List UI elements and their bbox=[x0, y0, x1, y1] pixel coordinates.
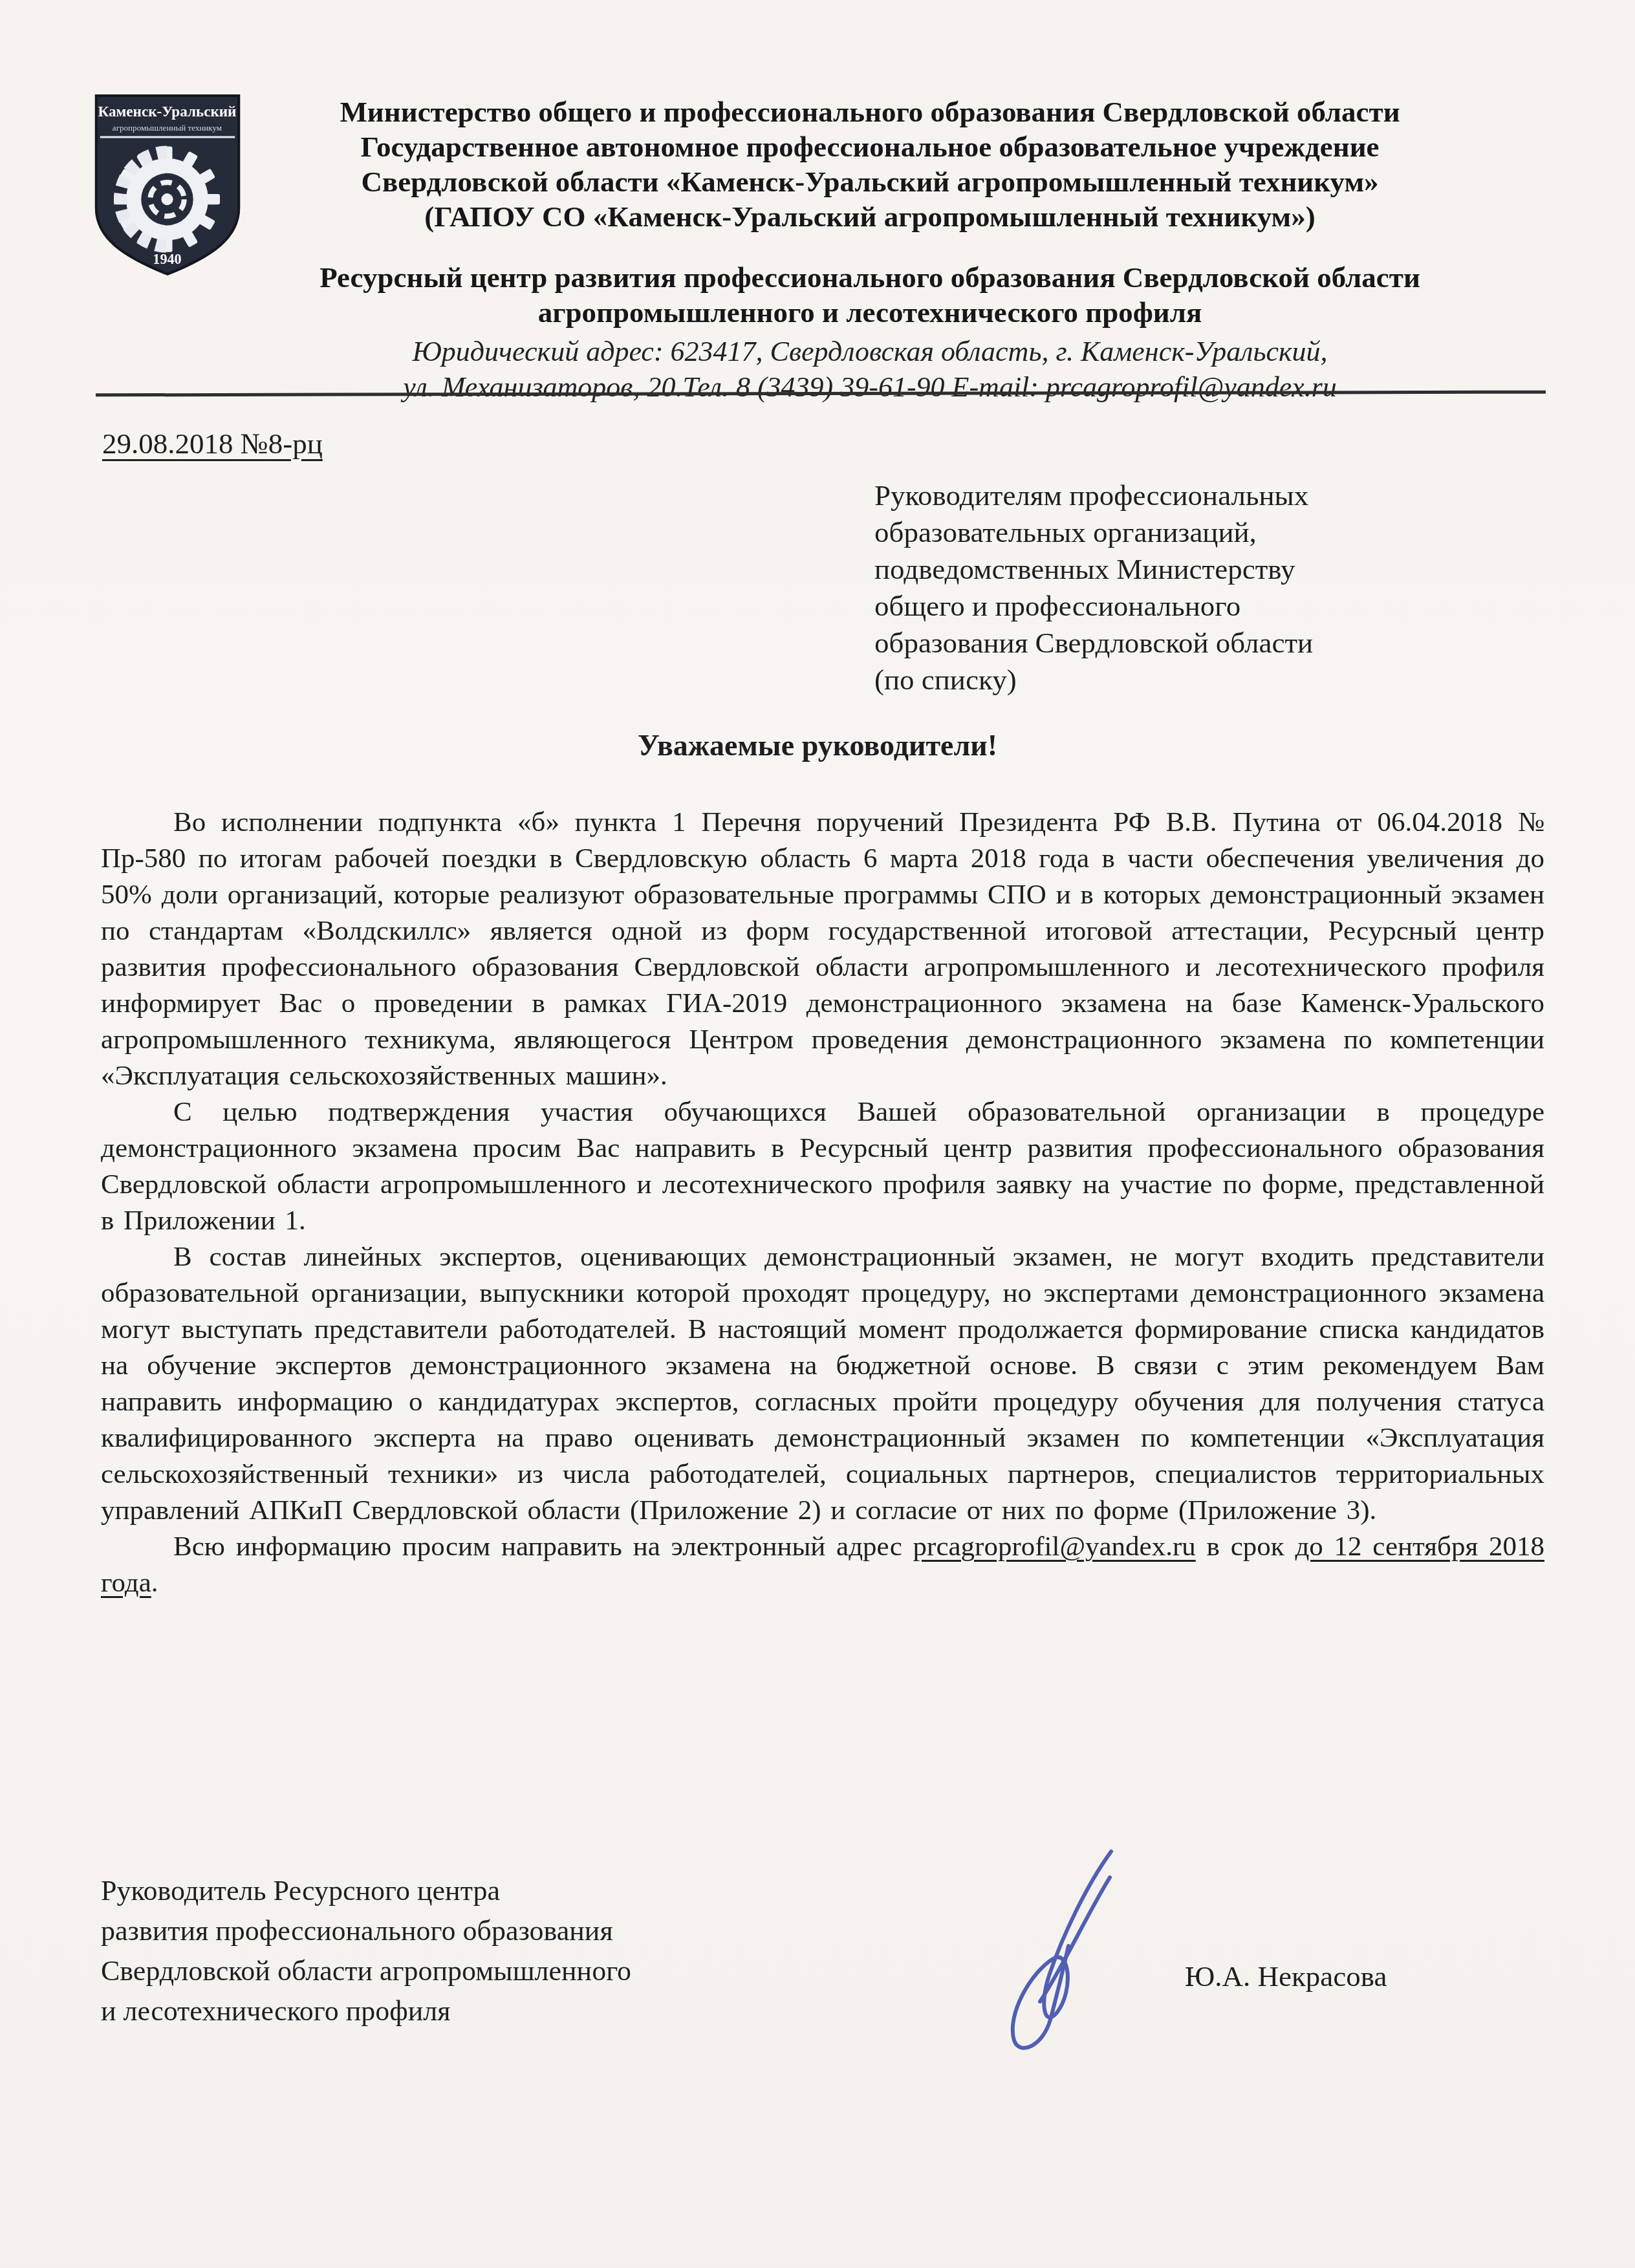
signer-position-line: развития профессионального образования bbox=[101, 1911, 631, 1951]
signer-name: Ю.А. Некрасова bbox=[1185, 1960, 1387, 1993]
closing-text: Всю информацию просим направить на элект… bbox=[173, 1531, 913, 1562]
body-paragraph-closing: Всю информацию просим направить на элект… bbox=[101, 1529, 1544, 1601]
body-paragraph: В состав линейных экспертов, оценивающих… bbox=[101, 1239, 1544, 1529]
resource-center-line: агропромышленного и лесотехнического про… bbox=[252, 295, 1488, 330]
address-line: Юридический адрес: 623417, Свердловская … bbox=[252, 334, 1488, 369]
handwritten-signature bbox=[983, 1840, 1151, 2060]
recipient-line: общего и профессионального bbox=[874, 588, 1313, 625]
recipient-block: Руководителям профессиональных образоват… bbox=[874, 477, 1313, 698]
recipient-line: образовательных организаций, bbox=[874, 514, 1313, 551]
outgoing-date-number: 29.08.2018 №8-рц bbox=[102, 427, 323, 460]
org-line: (ГАПОУ СО «Каменск-Уральский агропромышл… bbox=[252, 199, 1488, 234]
signer-position-line: Руководитель Ресурсного центра bbox=[101, 1871, 631, 1911]
signer-position-block: Руководитель Ресурсного центра развития … bbox=[101, 1871, 631, 2031]
org-line: Государственное автономное профессиональ… bbox=[252, 129, 1488, 164]
organization-name-block: Министерство общего и профессионального … bbox=[252, 94, 1488, 234]
logo-title: Каменск-Уральский bbox=[98, 103, 237, 120]
org-line: Министерство общего и профессионального … bbox=[252, 94, 1488, 129]
signature-ink-icon bbox=[983, 1840, 1151, 2060]
technikum-emblem-logo: Каменск-Уральский агропромышленный техни… bbox=[91, 92, 244, 281]
signer-position-line: Свердловской области агропромышленного bbox=[101, 1951, 631, 1991]
logo-year: 1940 bbox=[153, 251, 181, 267]
org-line: Свердловской области «Каменск-Уральский … bbox=[252, 164, 1488, 199]
closing-text: в срок bbox=[1196, 1531, 1295, 1562]
logo-band-divider bbox=[100, 136, 235, 138]
recipient-line: Руководителям профессиональных bbox=[874, 477, 1313, 514]
salutation: Уважаемые руководители! bbox=[0, 728, 1635, 762]
closing-text: . bbox=[151, 1568, 158, 1598]
resource-center-line: Ресурсный центр развития профессионально… bbox=[252, 260, 1488, 295]
logo-subtitle: агропромышленный техникум bbox=[113, 123, 222, 133]
email-address: prcagroprofil@yandex.ru bbox=[913, 1531, 1196, 1562]
letter-body: Во исполнении подпункта «б» пункта 1 Пер… bbox=[101, 805, 1544, 1601]
scanned-letter-page: Каменск-Уральский агропромышленный техни… bbox=[0, 0, 1635, 2268]
resource-center-block: Ресурсный центр развития профессионально… bbox=[252, 260, 1488, 330]
recipient-line: подведомственных Министерству bbox=[874, 551, 1313, 588]
signer-position-line: и лесотехнического профиля bbox=[101, 1991, 631, 2031]
body-paragraph: С целью подтверждения участия обучающихс… bbox=[101, 1094, 1544, 1239]
body-paragraph: Во исполнении подпункта «б» пункта 1 Пер… bbox=[101, 805, 1544, 1094]
recipient-line: (по списку) bbox=[874, 662, 1313, 698]
recipient-line: образования Свердловской области bbox=[874, 625, 1313, 662]
letterhead: Министерство общего и профессионального … bbox=[252, 94, 1488, 405]
address-line: ул. Механизаторов, 20.Тел. 8 (3439) 39-6… bbox=[252, 369, 1488, 405]
shield-emblem-icon: Каменск-Уральский агропромышленный техни… bbox=[91, 92, 244, 281]
